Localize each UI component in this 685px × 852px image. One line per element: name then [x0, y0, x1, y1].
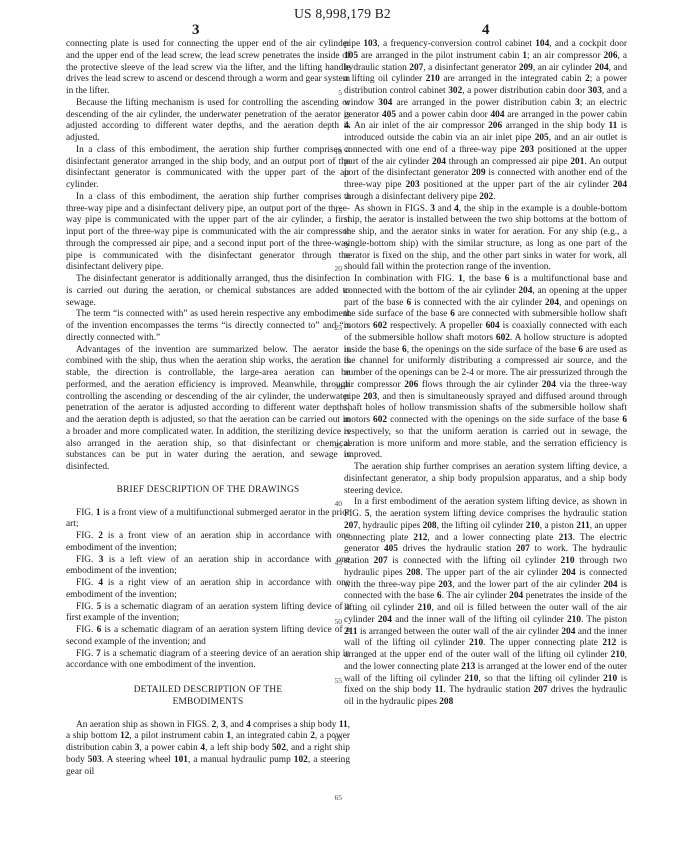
- reference-numeral: 204: [604, 580, 618, 590]
- figure-list: FIG. 1 is a front view of a multifunctio…: [66, 508, 350, 673]
- reference-numeral: 204: [613, 180, 627, 190]
- reference-numeral: 602: [496, 333, 510, 343]
- figure-description: FIG. 2 is a front view of an aeration sh…: [66, 531, 350, 555]
- reference-numeral: 604: [486, 321, 500, 331]
- reference-numeral: 101: [174, 755, 188, 765]
- figure-description: FIG. 7 is a schematic diagram of a steer…: [66, 649, 350, 673]
- reference-numeral: 204: [518, 286, 532, 296]
- reference-numeral: 204: [432, 157, 446, 167]
- reference-numeral: 6: [437, 591, 442, 601]
- paragraph: connecting plate is used for connecting …: [66, 39, 350, 98]
- reference-numeral: 204: [561, 627, 575, 637]
- reference-numeral: 5: [365, 509, 370, 519]
- reference-numeral: 405: [382, 110, 396, 120]
- paragraph: The term “is connected with” as used her…: [66, 309, 350, 344]
- paragraph: Advantages of the invention are summariz…: [66, 345, 350, 474]
- reference-numeral: 204: [542, 380, 556, 390]
- reference-numeral: 212: [413, 533, 427, 543]
- paragraph: pipe 103, a frequency-conversion control…: [344, 39, 627, 204]
- reference-numeral: 6: [578, 345, 583, 355]
- reference-numeral: 6: [622, 415, 627, 425]
- reference-numeral: 210: [567, 615, 581, 625]
- reference-numeral: 405: [384, 544, 398, 554]
- reference-numeral: 11: [339, 720, 348, 730]
- reference-numeral: 203: [363, 392, 377, 402]
- reference-numeral: 202: [479, 192, 493, 202]
- reference-numeral: 6: [402, 345, 407, 355]
- reference-numeral: 502: [272, 743, 286, 753]
- reference-numeral: 210: [603, 674, 617, 684]
- reference-numeral: 503: [88, 755, 102, 765]
- reference-numeral: 203: [520, 145, 534, 155]
- reference-numeral: 204: [378, 615, 392, 625]
- reference-numeral: 602: [373, 415, 387, 425]
- heading-line-1: DETAILED DESCRIPTION OF THE: [134, 685, 283, 695]
- reference-numeral: 204: [545, 298, 559, 308]
- patent-number: US 8,998,179 B2: [0, 6, 685, 22]
- reference-numeral: 204: [562, 568, 576, 578]
- reference-numeral: 210: [464, 674, 478, 684]
- reference-numeral: 6: [505, 274, 510, 284]
- reference-numeral: 102: [294, 755, 308, 765]
- reference-numeral: 1: [458, 274, 463, 284]
- section-heading-detailed: DETAILED DESCRIPTION OF THE EMBODIMENTS: [66, 685, 350, 709]
- reference-numeral: 203: [406, 180, 420, 190]
- reference-numeral: 210: [417, 603, 431, 613]
- reference-numeral: 212: [602, 638, 616, 648]
- reference-numeral: 208: [439, 697, 453, 707]
- right-column-number: 4: [482, 22, 490, 39]
- reference-numeral: 12: [120, 731, 129, 741]
- paragraph: In a class of this embodiment, the aerat…: [66, 145, 350, 192]
- reference-numeral: 211: [576, 521, 590, 531]
- reference-numeral: 210: [526, 521, 540, 531]
- reference-numeral: 3: [221, 720, 226, 730]
- reference-numeral: 210: [611, 650, 625, 660]
- reference-numeral: 209: [471, 168, 485, 178]
- reference-numeral: 207: [409, 63, 423, 73]
- reference-numeral: 303: [588, 86, 602, 96]
- figure-number: 2: [98, 531, 103, 541]
- reference-numeral: 2: [310, 731, 315, 741]
- reference-numeral: 304: [378, 98, 392, 108]
- reference-numeral: 404: [490, 110, 504, 120]
- reference-numeral: 103: [363, 39, 377, 49]
- reference-numeral: 210: [426, 74, 440, 84]
- section-heading-drawings: BRIEF DESCRIPTION OF THE DRAWINGS: [66, 485, 350, 497]
- reference-numeral: 602: [373, 321, 387, 331]
- paragraph: Because the lifting mechanism is used fo…: [66, 98, 350, 145]
- figure-number: 6: [97, 625, 102, 635]
- reference-numeral: 4: [246, 720, 251, 730]
- reference-numeral: 6: [450, 309, 455, 319]
- reference-numeral: 209: [519, 63, 533, 73]
- reference-numeral: 6: [406, 298, 411, 308]
- reference-numeral: 4: [200, 743, 205, 753]
- reference-numeral: 203: [438, 580, 452, 590]
- paragraph: In a class of this embodiment, the aerat…: [66, 192, 350, 274]
- figure-number: 7: [96, 649, 101, 659]
- reference-numeral: 213: [461, 662, 475, 672]
- reference-numeral: 11: [435, 685, 444, 695]
- reference-numeral: 210: [561, 556, 575, 566]
- reference-numeral: 207: [344, 521, 358, 531]
- line-number: 65: [335, 793, 343, 802]
- figure-number: 3: [99, 555, 104, 565]
- reference-numeral: 4: [344, 121, 349, 131]
- paragraph: As shown in FIGS. 3 and 4, the ship in t…: [344, 204, 627, 275]
- reference-numeral: 3: [135, 743, 140, 753]
- reference-numeral: 206: [603, 51, 617, 61]
- reference-numeral: 1: [226, 731, 231, 741]
- reference-numeral: 3: [430, 204, 435, 214]
- reference-numeral: 11: [608, 121, 617, 131]
- paragraph: An aeration ship as shown in FIGS. 2, 3,…: [66, 720, 350, 779]
- reference-numeral: 2: [585, 74, 590, 84]
- figure-number: 1: [96, 508, 101, 518]
- reference-numeral: 208: [406, 568, 420, 578]
- reference-numeral: 1: [522, 51, 527, 61]
- reference-numeral: 2: [212, 720, 217, 730]
- paragraph: In a first embodiment of the aeration sy…: [344, 497, 627, 709]
- reference-numeral: 206: [404, 380, 418, 390]
- figure-description: FIG. 1 is a front view of a multifunctio…: [66, 508, 350, 532]
- reference-numeral: 210: [469, 638, 483, 648]
- reference-numeral: 302: [448, 86, 462, 96]
- paragraph: The disinfectant generator is additional…: [66, 274, 350, 309]
- reference-numeral: 205: [535, 133, 549, 143]
- reference-numeral: 207: [516, 544, 530, 554]
- left-column: connecting plate is used for connecting …: [66, 39, 350, 778]
- reference-numeral: 207: [534, 685, 548, 695]
- figure-description: FIG. 4 is a right view of an aeration sh…: [66, 578, 350, 602]
- reference-numeral: 208: [423, 521, 437, 531]
- heading-line-2: EMBODIMENTS: [173, 697, 244, 707]
- figure-description: FIG. 5 is a schematic diagram of an aera…: [66, 602, 350, 626]
- paragraph: The aeration ship further comprises an a…: [344, 462, 627, 497]
- reference-numeral: 104: [535, 39, 549, 49]
- reference-numeral: 105: [344, 51, 358, 61]
- figure-description: FIG. 3 is a left view of an aeration shi…: [66, 555, 350, 579]
- paragraph: In combination with FIG. 1, the base 6 i…: [344, 274, 627, 462]
- reference-numeral: 204: [509, 591, 523, 601]
- left-column-number: 3: [192, 22, 200, 39]
- figure-description: FIG. 6 is a schematic diagram of an aera…: [66, 625, 350, 649]
- reference-numeral: 211: [344, 627, 358, 637]
- reference-numeral: 201: [570, 157, 584, 167]
- reference-numeral: 204: [595, 63, 609, 73]
- reference-numeral: 213: [559, 533, 573, 543]
- reference-numeral: 4: [454, 204, 459, 214]
- reference-numeral: 207: [374, 556, 388, 566]
- figure-number: 4: [98, 578, 103, 588]
- figure-number: 5: [97, 602, 102, 612]
- right-column: pipe 103, a frequency-conversion control…: [344, 39, 627, 709]
- reference-numeral: 206: [488, 121, 502, 131]
- reference-numeral: 3: [575, 98, 580, 108]
